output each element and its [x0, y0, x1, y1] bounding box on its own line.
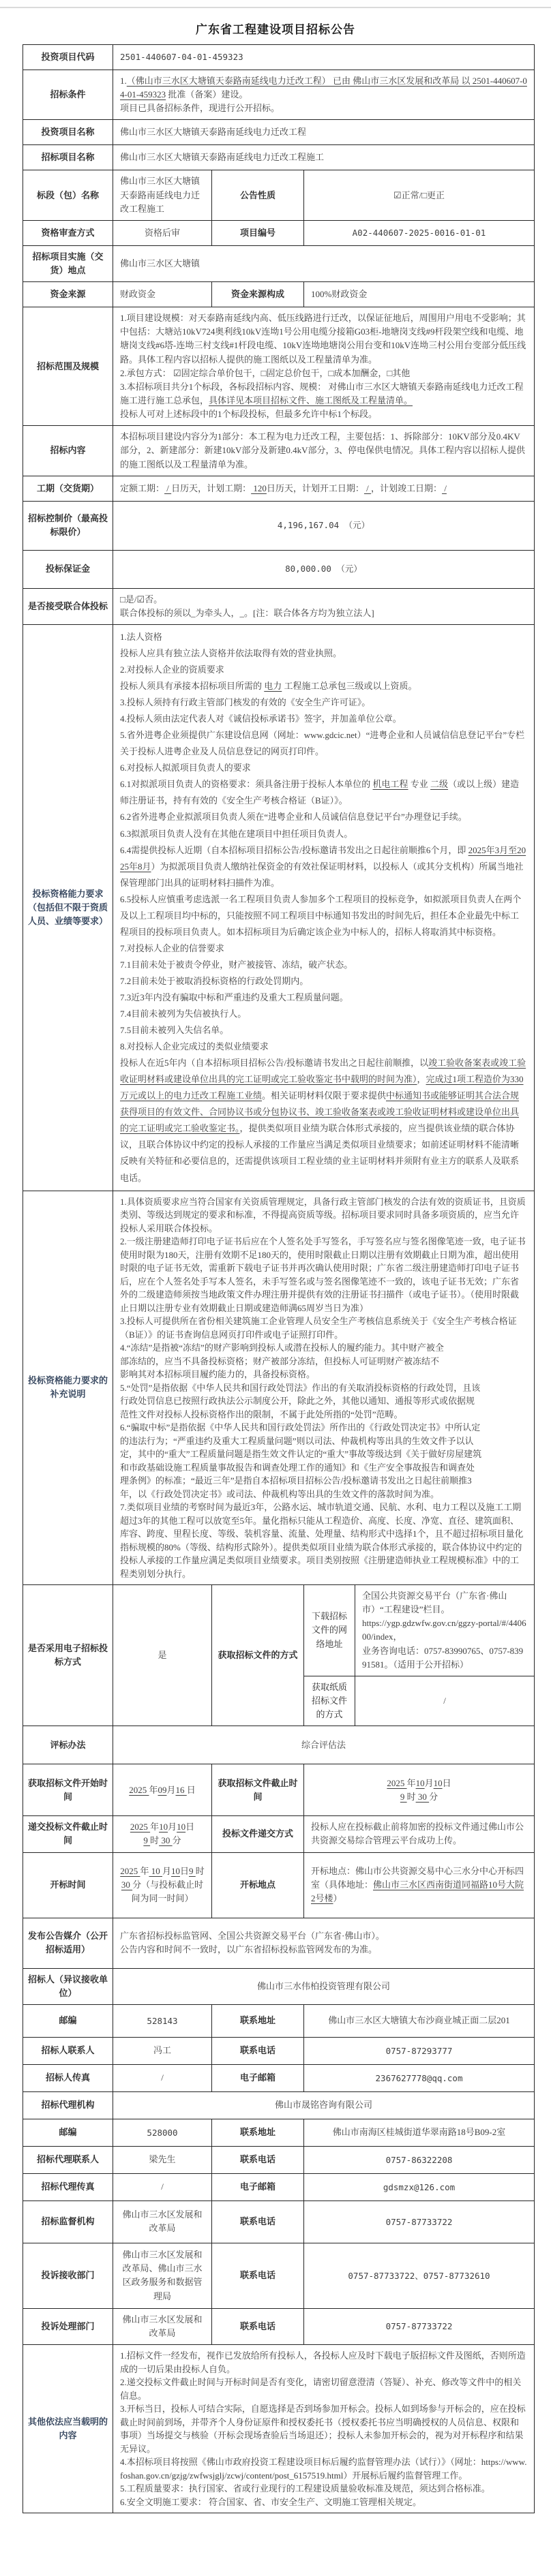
value-submission-deadline: 2025 年10月10日9 时 30 分 [113, 1816, 212, 1852]
row-bid-opening: 开标时间 2025 年 10 月10日9 时 30 分（与投标截止时间为同一时间… [23, 1852, 535, 1918]
paragraph: 9 时 30 分 [120, 1834, 205, 1847]
paragraph: 7.1目前未处于被责令停业，财产被接管、冻结，破产状态。 [120, 957, 527, 973]
paragraph: 2.递交投标文件截止时间与开标时间是否有变化，请密切留意澄清（答疑）、补充、修改… [120, 2376, 527, 2402]
value-complaint-handling: 佛山市三水区发展和改革局 [113, 2308, 212, 2344]
value-agency-address: 佛山市南海区桂城街道华翠南路18号B09-2室 [304, 2119, 535, 2146]
row-qualification-review: 资格审查方式 资格后审 项目编号 A02-440607-2025-0016-01… [23, 220, 535, 245]
row-qualification-notes: 投标资格能力要求的补充说明 1.具体资质要求应当符合国家有关资质管理规定，具备行… [23, 1191, 535, 1585]
row-tenderer-fax: 招标人传真 / 电子邮箱 2367627778@qq.com [23, 2064, 535, 2091]
paragraph: 2025 年10月10日 [120, 1820, 205, 1834]
label-invest-name: 投资项目名称 [23, 120, 113, 145]
value-agency-fax: / [113, 2173, 212, 2201]
label-tenderer-fax: 招标人传真 [23, 2064, 113, 2091]
paragraph: 业务咨询电话：0757-83990765、0757-83991581。（适用于公… [362, 1644, 527, 1672]
value-tenderer-address: 佛山市三水区大塘镇大布沙商业城正面二层201 [304, 2004, 535, 2037]
paragraph: 3.开标当日，投标人可结合实际，自愿选择是否到场参加开标会。投标人如到场参与开标… [120, 2402, 527, 2455]
row-tender-content: 招标内容 本招标项目建设内容分为1部分：本工程为电力迁改工程，主要包括：1、拆除… [23, 426, 535, 476]
row-submission-deadline: 递交投标文件截止时间 2025 年10月10日9 时 30 分 投标文件递交方式… [23, 1816, 535, 1852]
value-e-bidding: 是 [113, 1585, 212, 1726]
value-document-start-time: 2025 年09月16 日 [113, 1764, 212, 1816]
value-complaint-receiving: 佛山市三水区发展和改革局、佛山市三水区政务服务和数据管理局 [113, 2243, 212, 2308]
row-tender-name: 招标项目名称 佛山市三水区大塘镇天泰路南延线电力迁改工程施工 [23, 145, 535, 170]
paragraph: 6.安全文明施工要求： 符合国家、省、市安全生产、文明施工管理相关规定。 [120, 2496, 527, 2509]
value-tenderer-phone: 0757-87293777 [304, 2037, 535, 2064]
label-obtain-method: 获取招标文件的方式 [212, 1585, 304, 1726]
paragraph: 3.投标人须持有行政主管部门核发的有效的《安全生产许可证》。 [120, 694, 527, 711]
label-tenderer-contact: 招标人联系人 [23, 2037, 113, 2064]
label-supervisor-phone: 联系电话 [212, 2201, 304, 2243]
paragraph: 2.承包方式： ☑固定综合单价包干，□固定总价包干，□成本加酬金，□其他 [120, 367, 527, 380]
paragraph: 7.3近3年内没有骗取中标和严重违约及重大工程质量问题。 [120, 990, 527, 1006]
value-tenderer: 佛山市三水伟柏投资管理有限公司 [113, 1968, 535, 2004]
label-announcement-media: 发布公告媒介（公开招标适用） [23, 1918, 113, 1968]
value-qualification-review: 资格后审 [113, 220, 212, 245]
label-notice-nature: 公告性质 [212, 170, 304, 220]
row-duration: 工期（交货期） 定额工期： / 日历天，计划工期： 120日历天，计划开工日期：… [23, 476, 535, 501]
value-bid-bond: 80,000.00 （元） [113, 550, 535, 588]
row-tender-condition: 招标条件 1.（佛山市三水区大塘镇天泰路南延线电力迁改工程） 已由 佛山市三水区… [23, 70, 535, 120]
label-complaint-receiving-phone: 联系电话 [212, 2243, 304, 2308]
value-complaint-handling-phone: 0757-87733722 [304, 2308, 535, 2344]
label-tenderer-postcode: 邮编 [23, 2004, 113, 2037]
label-fund-source: 资金来源 [23, 282, 113, 307]
row-control-price: 招标控制价（最高投标限价） 4,196,167.04 （元） [23, 501, 535, 550]
label-agency-phone: 联系电话 [212, 2146, 304, 2173]
label-download-address: 下载招标文件的网络地址 [304, 1585, 355, 1676]
paragraph: 6.“骗取中标”是指依据《中华人民共和国行政处罚法》所作出的《行政处罚决定书》中… [120, 1421, 483, 1501]
row-e-bidding: 是否采用电子招标投标方式 是 获取招标文件的方式 下载招标文件的网络地址 全国公… [23, 1585, 535, 1676]
paragraph: 7.对投标人企业的信誉要求 [120, 940, 527, 957]
paragraph: 5.工程质量要求：执行国家、省或行业现行的工程建设质量验收标准及规范，须达到合格… [120, 2482, 527, 2496]
value-section-package: 佛山市三水区大塘镇天泰路南延线电力迁改工程施工 [113, 170, 212, 220]
value-tenderer-fax: / [113, 2064, 212, 2091]
value-opening-place: 开标地点：佛山市公共资源交易中心三水分中心开标四室（具体地址：佛山市三水区西南街… [304, 1852, 535, 1918]
value-control-price: 4,196,167.04 （元） [113, 501, 535, 550]
label-agency-contact: 招标代理联系人 [23, 2146, 113, 2173]
row-project-code: 投资项目代码 2501-440607-04-01-459323 [23, 45, 535, 70]
value-fund-composition: 100%财政资金 [304, 282, 535, 307]
paragraph: □是/☑否。 [120, 593, 527, 607]
paragraph: 3.本招标项目共分1个标段，各标段招标内容、规模： 对佛山市三水区大塘镇天泰路南… [120, 380, 527, 408]
value-delivery-location: 佛山市三水区大塘镇 [113, 245, 535, 281]
value-qualification-requirements: 1.法人资格投标人应具有独立法人资格并依法取得有效的营业执照。2.对投标人企业的… [113, 624, 535, 1191]
label-qualification-review: 资格审查方式 [23, 220, 113, 245]
value-qualification-notes: 1.具体资质要求应当符合国家有关资质管理规定，具备行政主管部门核发的合法有效的资… [113, 1191, 535, 1585]
label-agency-postcode: 邮编 [23, 2119, 113, 2146]
row-section-package: 标段（包）名称 佛山市三水区大塘镇天泰路南延线电力迁改工程施工 公告性质 ☑正常… [23, 170, 535, 220]
paragraph: 投标人应具有独立法人资格并依法取得有效的营业执照。 [120, 645, 527, 662]
label-tenderer-address: 联系地址 [212, 2004, 304, 2037]
paragraph: 1.项目建设规模：对天泰路南延线内高、低压线路进行迁改，以保证征地后，周围用户用… [120, 311, 527, 367]
paragraph: 3.投标人可提供所在省份相关建筑施工企业管理人员安全生产考核信息系统关于《安全生… [120, 1315, 527, 1341]
row-document-time: 获取招标文件开始时间 2025 年09月16 日 获取招标文件截止时间 2025… [23, 1764, 535, 1816]
paragraph: 1.具体资质要求应当符合国家有关资质管理规定，具备行政主管部门核发的合法有效的资… [120, 1195, 527, 1236]
label-opening-time: 开标时间 [23, 1852, 113, 1918]
row-supervisor: 招标监督机构 佛山市三水区发展和改革局 联系电话 0757-87733722 [23, 2201, 535, 2243]
label-scope: 招标范围及规模 [23, 307, 113, 426]
value-agency-email: gdsmzx@126.com [304, 2173, 535, 2201]
label-submission-method: 投标文件递交方式 [212, 1816, 304, 1852]
value-download-address: 全国公共资源交易平台（广东省·佛山市）“工程建设”栏目。https://ygp.… [355, 1585, 535, 1676]
label-agency-address: 联系地址 [212, 2119, 304, 2146]
paragraph: 6.3拟派项目负责人没有在其他在建项目中担任项目负责人。 [120, 826, 527, 842]
label-duration: 工期（交货期） [23, 476, 113, 501]
row-tenderer-postcode: 邮编 528143 联系地址 佛山市三水区大塘镇大布沙商业城正面二层201 [23, 2004, 535, 2037]
row-agency-fax: 招标代理传真 / 电子邮箱 gdsmzx@126.com [23, 2173, 535, 2201]
row-announcement-media: 发布公告媒介（公开招标适用） 广东省招标投标监管网、全国公共资源交易平台（广东省… [23, 1918, 535, 1968]
value-tenderer-contact: 冯工 [113, 2037, 212, 2064]
value-tenderer-postcode: 528143 [113, 2004, 212, 2037]
value-tender-content: 本招标项目建设内容分为1部分：本工程为电力迁改工程，主要包括：1、拆除部分：10… [113, 426, 535, 476]
label-agency: 招标代理机构 [23, 2091, 113, 2119]
value-opening-time: 2025 年 10 月10日9 时 30 分（与投标截止时间为同一时间） [113, 1852, 212, 1918]
row-tenderer: 招标人（异议接收单位） 佛山市三水伟柏投资管理有限公司 [23, 1968, 535, 2004]
value-tender-name: 佛山市三水区大塘镇天泰路南延线电力迁改工程施工 [113, 145, 535, 170]
value-supervisor-phone: 0757-87733722 [304, 2201, 535, 2243]
paragraph: 7.2目前未处于被取消投标资格的行政处罚期内。 [120, 973, 527, 990]
row-complaint-receiving: 投诉接收部门 佛山市三水区发展和改革局、佛山市三水区政务服务和数据管理局 联系电… [23, 2243, 535, 2308]
label-qualification-requirements: 投标资格能力要求（包括但不限于资质人员、业绩等要求） [23, 624, 113, 1191]
label-project-code: 投资项目代码 [23, 45, 113, 70]
paragraph: 投标人可对上述标段中的1个标段投标，但最多允许中标1个标段。 [120, 408, 527, 421]
label-tenderer-phone: 联系电话 [212, 2037, 304, 2064]
row-tenderer-contact: 招标人联系人 冯工 联系电话 0757-87293777 [23, 2037, 535, 2064]
paragraph: 投标人须具有承接本招标项目所需的 电力 工程施工总承包三级或以上资质。 [120, 678, 527, 694]
label-complaint-handling: 投诉处理部门 [23, 2308, 113, 2344]
row-scope: 招标范围及规模 1.项目建设规模：对天泰路南延线内高、低压线路进行迁改，以保证征… [23, 307, 535, 426]
row-invest-name: 投资项目名称 佛山市三水区大塘镇天泰路南延线电力迁改工程 [23, 120, 535, 145]
label-project-number: 项目编号 [212, 220, 304, 245]
value-evaluation-method: 综合评估法 [113, 1726, 535, 1764]
label-document-end-time: 获取招标文件截止时间 [212, 1764, 304, 1816]
paragraph: 6.2省外进粤企业拟派项目负责人须在“进粤企业和人员诚信信息登记平台”办理登记手… [120, 809, 527, 825]
label-complaint-receiving: 投诉接收部门 [23, 2243, 113, 2308]
label-e-bidding: 是否采用电子招标投标方式 [23, 1585, 113, 1726]
paragraph: 5.省外进粤企业须提供广东建设信息网（网址：www.gdcic.net）“进粤企… [120, 727, 527, 760]
label-tenderer: 招标人（异议接收单位） [23, 1968, 113, 2004]
paragraph: 广东省招标投标监管网、全国公共资源交易平台（广东省·佛山市）。 [120, 1929, 527, 1943]
paragraph: 1.法人资格 [120, 629, 527, 645]
paragraph: 6.5投标人应慎重考虑选派一名工程项目负责人参加多个工程项目的投标竞争，如拟派项… [120, 891, 527, 940]
row-fund-source: 资金来源 财政资金 资金来源构成 100%财政资金 [23, 282, 535, 307]
tender-announcement-table: 投资项目代码 2501-440607-04-01-459323 招标条件 1.（… [23, 44, 535, 2513]
page-top-divider [0, 0, 551, 8]
row-agency-postcode: 邮编 528000 联系地址 佛山市南海区桂城街道华翠南路18号B09-2室 [23, 2119, 535, 2146]
paragraph: 投标人在近5年内（自本招标项目招标公告/投标邀请书发出之日起往前顺推，以竣工验收… [120, 1055, 527, 1186]
value-consortium: □是/☑否。联合体投标的须以_为牵头人，_。[注：联合体各方均为独立法人] [113, 588, 535, 624]
value-fund-source: 财政资金 [113, 282, 212, 307]
row-evaluation-method: 评标办法 综合评估法 [23, 1726, 535, 1764]
value-agency-postcode: 528000 [113, 2119, 212, 2146]
paragraph: 2.一级注册建造师打印电子证书后应在个人签名处手写签名，手写签名应与签名图像笔迹… [120, 1235, 527, 1315]
paragraph: 6.对投标人拟派项目负责人的要求 [120, 760, 527, 776]
label-qualification-notes: 投标资格能力要求的补充说明 [23, 1191, 113, 1585]
value-project-number: A02-440607-2025-0016-01-01 [304, 220, 535, 245]
label-other-matters: 其他依法应当载明的内容 [23, 2345, 113, 2513]
label-agency-email: 电子邮箱 [212, 2173, 304, 2201]
value-complaint-receiving-phone: 0757-87733722、0757-87732610 [304, 2243, 535, 2308]
label-submission-deadline: 递交投标文件截止时间 [23, 1816, 113, 1852]
label-fund-composition: 资金来源构成 [212, 282, 304, 307]
paragraph: 2.对投标人企业的资质要求 [120, 662, 527, 678]
row-bid-bond: 投标保证金 80,000.00 （元） [23, 550, 535, 588]
label-control-price: 招标控制价（最高投标限价） [23, 501, 113, 550]
value-agency: 佛山市晟铭咨询有限公司 [113, 2091, 535, 2119]
label-consortium: 是否接受联合体投标 [23, 588, 113, 624]
label-section-package: 标段（包）名称 [23, 170, 113, 220]
label-tender-name: 招标项目名称 [23, 145, 113, 170]
label-complaint-handling-phone: 联系电话 [212, 2308, 304, 2344]
page-title: 广东省工程建设项目招标公告 [0, 20, 551, 37]
label-tender-condition: 招标条件 [23, 70, 113, 120]
row-complaint-handling: 投诉处理部门 佛山市三水区发展和改革局 联系电话 0757-87733722 [23, 2308, 535, 2344]
paragraph: 4.本招标项目将按照《佛山市政府投资工程建设项目标后履约监督管理办法（试行）》（… [120, 2455, 527, 2482]
value-project-code: 2501-440607-04-01-459323 [113, 45, 535, 70]
label-opening-place: 开标地点 [212, 1852, 304, 1918]
label-tenderer-email: 电子邮箱 [212, 2064, 304, 2091]
value-agency-contact: 梁先生 [113, 2146, 212, 2173]
paragraph: 5.“处罚”是指依据《中华人民共和国行政处罚法》作出的有关取消投标资格的行政处罚… [120, 1381, 483, 1422]
paragraph: 1.招标文件一经发布，视作已发放给所有投标人，各投标人应及时下载电子版招标文件及… [120, 2349, 527, 2376]
paragraph: 公告内容和时间不一致时，以广东省招标投标监管网发布的为准。 [120, 1943, 527, 1957]
paragraph: 4.投标人须由法定代表人对《诚信投标承诺书》签字，并加盖单位公章。 [120, 711, 527, 727]
paragraph: 项目已具备招标条件，现进行公开招标。 [120, 102, 527, 115]
label-supervisor: 招标监督机构 [23, 2201, 113, 2243]
paragraph: 7.5目前未被列入失信名单。 [120, 1022, 527, 1039]
value-announcement-media: 广东省招标投标监管网、全国公共资源交易平台（广东省·佛山市）。公告内容和时间不一… [113, 1918, 535, 1968]
label-document-start-time: 获取招标文件开始时间 [23, 1764, 113, 1816]
label-paper-method: 获取纸质招标文件的方式 [304, 1676, 355, 1726]
value-tender-condition: 1.（佛山市三水区大塘镇天泰路南延线电力迁改工程） 已由 佛山市三水区发展和改革… [113, 70, 535, 120]
label-bid-bond: 投标保证金 [23, 550, 113, 588]
paragraph: 6.4需提供投标人近期（自本招标项目招标公告/投标邀请书发出之日起往前顺推6个月… [120, 842, 527, 891]
row-agency-contact: 招标代理联系人 梁先生 联系电话 0757-86322208 [23, 2146, 535, 2173]
value-notice-nature: ☑正常/□更正 [304, 170, 535, 220]
label-tender-content: 招标内容 [23, 426, 113, 476]
row-delivery-location: 招标项目实施（交货）地点 佛山市三水区大塘镇 [23, 245, 535, 281]
paragraph: 7.类似项目业绩的考察时间为最近3年，公路水运、城市轨道交通、民航、水利、电力工… [120, 1501, 527, 1580]
paragraph: 1.（佛山市三水区大塘镇天泰路南延线电力迁改工程） 已由 佛山市三水区发展和改革… [120, 74, 527, 102]
paragraph: 4.“冻结”是指被“冻结”的财产影响到投标人或潜在投标人的履约能力。其中财产被全… [120, 1341, 446, 1381]
row-other-matters: 其他依法应当载明的内容 1.招标文件一经发布，视作已发放给所有投标人，各投标人应… [23, 2345, 535, 2513]
value-document-end-time: 2025 年10月10日9 时 30 分 [304, 1764, 535, 1816]
label-agency-fax: 招标代理传真 [23, 2173, 113, 2201]
paragraph: 2025 年10月10日 [311, 1777, 527, 1790]
paragraph: 8.对投标人企业完成过的类似业绩要求 [120, 1039, 527, 1055]
paragraph: 6.1对拟派项目负责人的资格要求：须具备注册于投标人本单位的 机电工程 专业 二… [120, 776, 527, 809]
paragraph: 联合体投标的须以_为牵头人，_。[注：联合体各方均为独立法人] [120, 607, 527, 620]
label-delivery-location: 招标项目实施（交货）地点 [23, 245, 113, 281]
value-other-matters: 1.招标文件一经发布，视作已发放给所有投标人，各投标人应及时下载电子版招标文件及… [113, 2345, 535, 2513]
row-qualification-requirements: 投标资格能力要求（包括但不限于资质人员、业绩等要求） 1.法人资格投标人应具有独… [23, 624, 535, 1191]
value-duration: 定额工期： / 日历天，计划工期： 120日历天，计划开工日期： / ，计划竣工… [113, 476, 535, 501]
value-paper-method: / [355, 1676, 535, 1726]
row-consortium: 是否接受联合体投标 □是/☑否。联合体投标的须以_为牵头人，_。[注：联合体各方… [23, 588, 535, 624]
paragraph: 全国公共资源交易平台（广东省·佛山市）“工程建设”栏目。 [362, 1589, 527, 1616]
value-tenderer-email: 2367627778@qq.com [304, 2064, 535, 2091]
value-invest-name: 佛山市三水区大塘镇天泰路南延线电力迁改工程 [113, 120, 535, 145]
paragraph: 7.4目前未被列为失信被执行人。 [120, 1006, 527, 1022]
value-agency-phone: 0757-86322208 [304, 2146, 535, 2173]
value-submission-method: 投标人应在投标截止前将加密的投标文件通过佛山市公共资源交易综合管理云平台成功上传… [304, 1816, 535, 1852]
paragraph: 9 时 30 分 [311, 1790, 527, 1804]
label-evaluation-method: 评标办法 [23, 1726, 113, 1764]
row-agency: 招标代理机构 佛山市晟铭咨询有限公司 [23, 2091, 535, 2119]
paragraph: https://ygp.gdzwfw.gov.cn/ggzy-portal/#/… [362, 1616, 527, 1644]
value-scope: 1.项目建设规模：对天泰路南延线内高、低压线路进行迁改，以保证征地后，周围用户用… [113, 307, 535, 426]
value-supervisor: 佛山市三水区发展和改革局 [113, 2201, 212, 2243]
